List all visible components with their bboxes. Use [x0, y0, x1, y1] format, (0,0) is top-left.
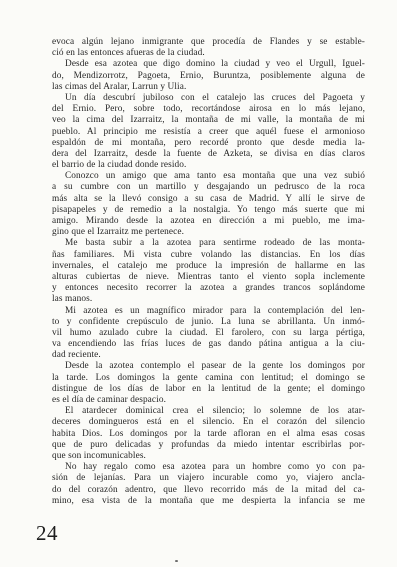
- text-line: invernales, el catalejo me produce la im…: [52, 261, 365, 272]
- text-line: do del corazón adentro, que llevo recorr…: [52, 485, 365, 496]
- text-line: alturas cubiertas de nieve. Mientras tan…: [52, 272, 365, 283]
- text-line: va encendiendo las frías luces de gas da…: [52, 339, 365, 350]
- text-line: dad reciente.: [52, 350, 365, 361]
- text-line: Un día descubrí jubiloso con el catalejo…: [52, 93, 365, 104]
- text-line: ció en las entonces afueras de la ciudad…: [52, 48, 365, 59]
- text-line: del Ernio. Pero, sobre todo, recortándos…: [52, 104, 365, 115]
- ink-speck: [175, 560, 178, 562]
- text-line: pisapapeles y de remedio a la nostalgia.…: [52, 205, 365, 216]
- text-line: evoca algún lejano inmigrante que proced…: [52, 37, 365, 48]
- page-number: 24: [36, 522, 58, 544]
- text-line: Conozco un amigo que ama tanto esa monta…: [52, 171, 365, 182]
- book-page: evoca algún lejano inmigrante que proced…: [0, 0, 397, 567]
- text-line: el barrio de la ciudad donde resido.: [52, 160, 365, 171]
- text-line: más alta se la llevó consigo a su casa d…: [52, 194, 365, 205]
- text-line: to y confidente crepúsculo de junio. La …: [52, 317, 365, 328]
- text-line: distingue de los días de labor en la len…: [52, 384, 365, 395]
- text-line: vil humo azulado cubre la ciudad. El far…: [52, 328, 365, 339]
- text-line: pueblo. Al principio me resistía a creer…: [52, 127, 365, 138]
- text-line: deceres domingueros está en el silencio.…: [52, 417, 365, 428]
- text-line: gino que el Izarraitz me pertenece.: [52, 227, 365, 238]
- text-line: las manos.: [52, 294, 365, 305]
- text-line: a su cumbre con un martillo y desgajando…: [52, 182, 365, 193]
- text-line: es el día de caminar despacio.: [52, 395, 365, 406]
- text-line: que de puro delicadas y profundas da mie…: [52, 440, 365, 451]
- text-line: y entonces necesito recorrer la azotea a…: [52, 283, 365, 294]
- text-line: El atardecer dominical crea el silencio;…: [52, 406, 365, 417]
- text-line: dera del Izarraitz, desde la fuente de A…: [52, 149, 365, 160]
- text-line: No hay regalo como esa azotea para un ho…: [52, 462, 365, 473]
- text-line: sión de lejanías. Para un viajero incura…: [52, 473, 365, 484]
- text-line: Desde esa azotea que digo domino la ciud…: [52, 59, 365, 70]
- text-line: Me basta subir a la azotea para sentirme…: [52, 238, 365, 249]
- text-line: espaldón de mi montaña, pero recordé pro…: [52, 138, 365, 149]
- text-line: veo la cima del Izarraitz, la montaña de…: [52, 115, 365, 126]
- text-line: que son incomunicables.: [52, 451, 365, 462]
- text-line: do, Mendizorrotz, Pagoeta, Ernio, Burunt…: [52, 71, 365, 82]
- text-block: evoca algún lejano inmigrante que proced…: [52, 37, 365, 507]
- text-line: amigo. Mirando desde la azotea en direcc…: [52, 216, 365, 227]
- text-line: ñas familiares. Mi vista cubre volando l…: [52, 250, 365, 261]
- text-line: Mi azotea es un magnífico mirador para l…: [52, 306, 365, 317]
- text-line: las cimas del Aralar, Larrun y Ulia.: [52, 82, 365, 93]
- text-line: mino, esa vista de la montaña que me des…: [52, 496, 365, 507]
- text-line: la tarde. Los domingos la gente camina c…: [52, 373, 365, 384]
- text-line: habita Dios. Los domingos por la tarde a…: [52, 429, 365, 440]
- text-line: Desde la azotea contemplo el pasear de l…: [52, 361, 365, 372]
